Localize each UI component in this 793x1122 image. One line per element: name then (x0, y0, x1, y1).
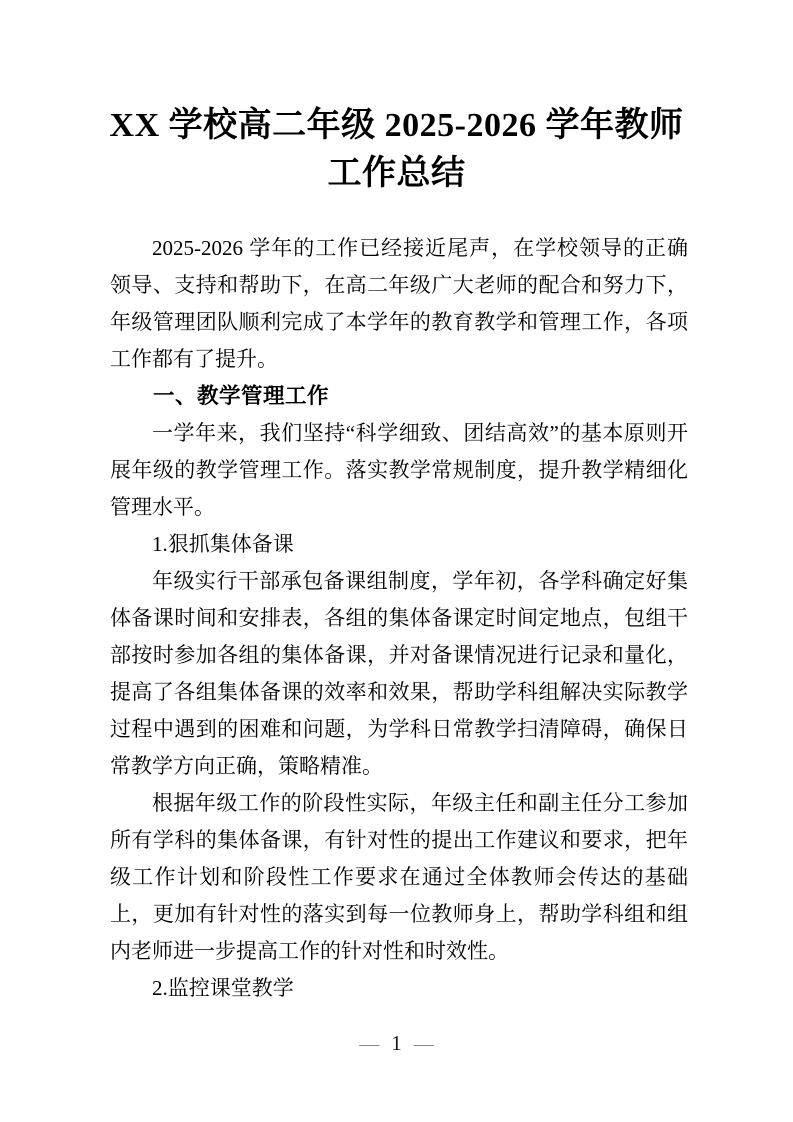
paragraph-leader-participation: 根据年级工作的阶段性实际，年级主任和副主任分工参加所有学科的集体备课，有针对性的… (110, 785, 688, 970)
page-number: 1 (391, 1031, 402, 1055)
document-title: XX 学校高二年级 2025-2026 学年教师工作总结 (97, 102, 697, 198)
sub-heading-collective-lesson-prep: 1.狠抓集体备课 (110, 526, 688, 563)
document-body: 2025-2026 学年的工作已经接近尾声，在学校领导的正确领导、支持和帮助下，… (110, 230, 688, 1007)
sub-heading-classroom-monitoring: 2.监控课堂教学 (110, 970, 688, 1007)
section-heading-teaching-management: 一、教学管理工作 (110, 378, 688, 415)
paragraph-principles: 一学年来，我们坚持“科学细致、团结高效”的基本原则开展年级的教学管理工作。落实教… (110, 415, 688, 526)
paragraph-collective-lesson-prep: 年级实行干部承包备课组制度，学年初，各学科确定好集体备课时间和安排表，各组的集体… (110, 563, 688, 785)
footer-dash-left: — (359, 1033, 379, 1055)
document-page: XX 学校高二年级 2025-2026 学年教师工作总结 2025-2026 学… (0, 0, 793, 1122)
footer-dash-right: — (414, 1033, 434, 1055)
page-footer: —1— (0, 1031, 793, 1056)
paragraph-intro: 2025-2026 学年的工作已经接近尾声，在学校领导的正确领导、支持和帮助下，… (110, 230, 688, 378)
